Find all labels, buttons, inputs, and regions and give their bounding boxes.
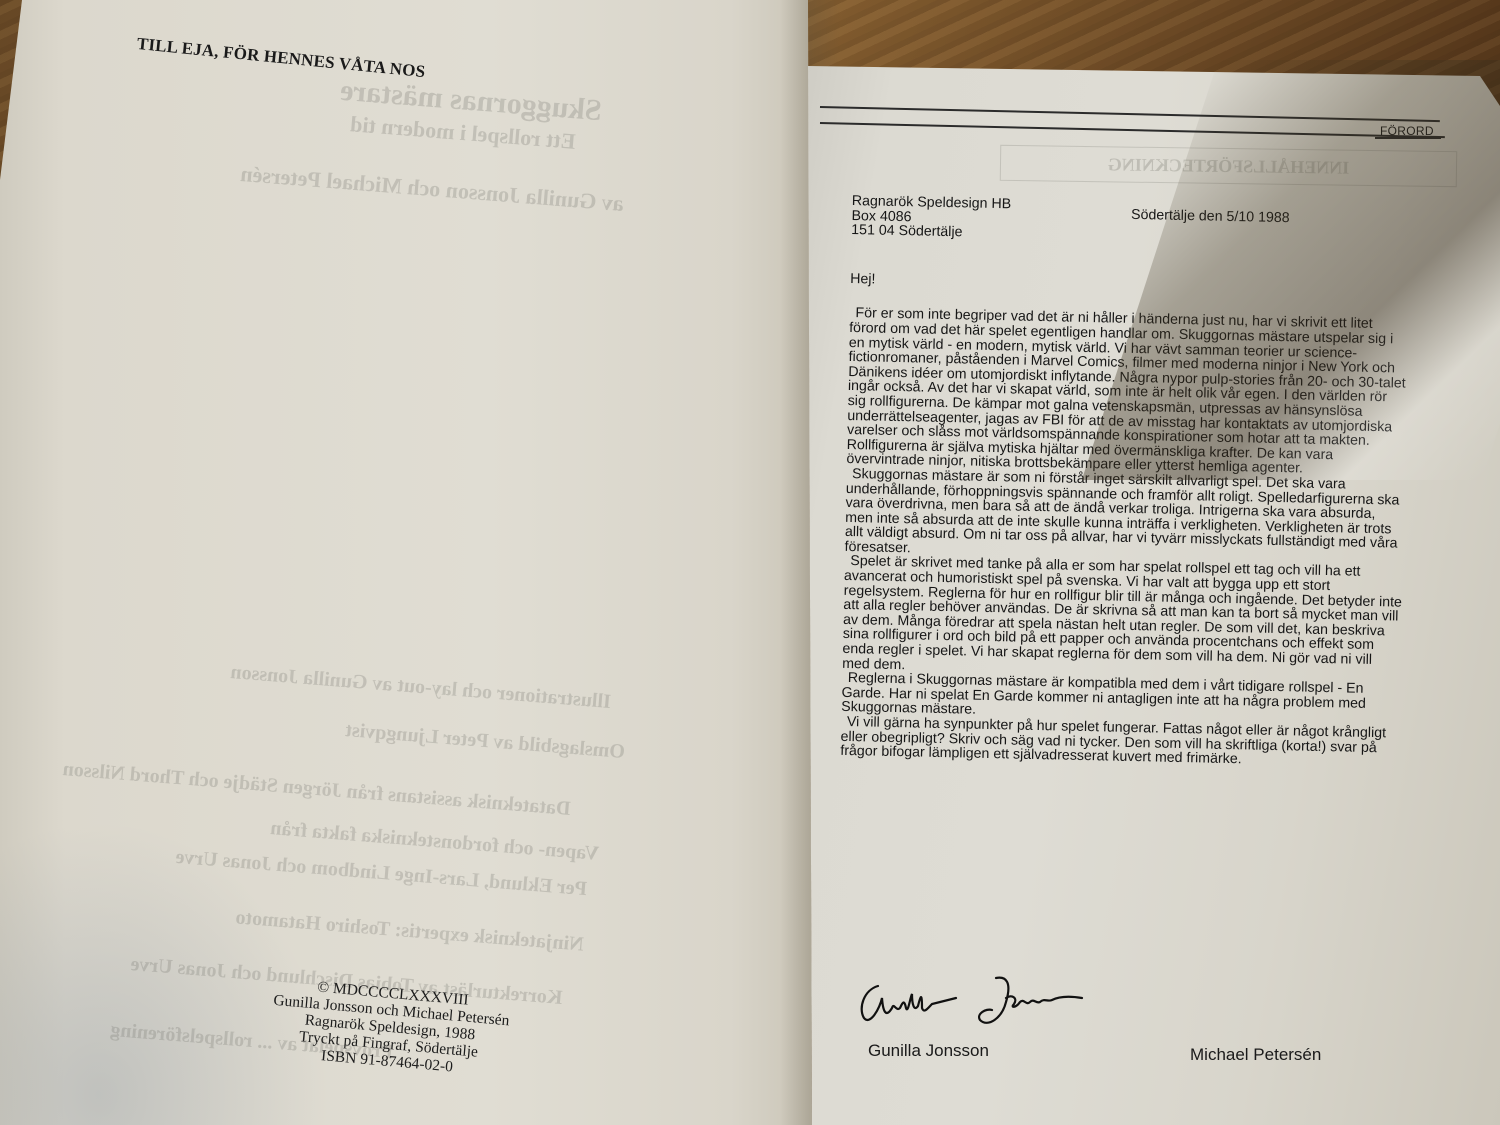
place-date: Södertälje den 5/10 1988: [1130, 208, 1289, 247]
signer-name: Gunilla Jonsson: [868, 1041, 989, 1061]
signer-name: Michael Petersén: [1190, 1045, 1321, 1065]
handwritten-signature-icon: [856, 968, 1096, 1038]
left-page: [0, 0, 812, 1125]
sender-address: Ragnarök Speldesign HB Box 4086 151 04 S…: [851, 194, 1011, 241]
greeting: Hej!: [850, 272, 1410, 298]
show-through-header: INNEHÅLLSFÖRTECKNING: [1000, 145, 1457, 187]
sender-line: 151 04 Södertälje: [851, 223, 1011, 241]
paragraph: Spelet är skrivet med tanke på alla er s…: [842, 554, 1404, 682]
foreword-letter: Ragnarök Speldesign HB Box 4086 151 04 S…: [840, 194, 1412, 770]
section-label: FÖRORD: [1380, 124, 1434, 138]
paragraph: Skuggornas mästare är som ni förstår ing…: [844, 467, 1406, 566]
paragraph: För er som inte begriper vad det är ni h…: [846, 306, 1409, 478]
